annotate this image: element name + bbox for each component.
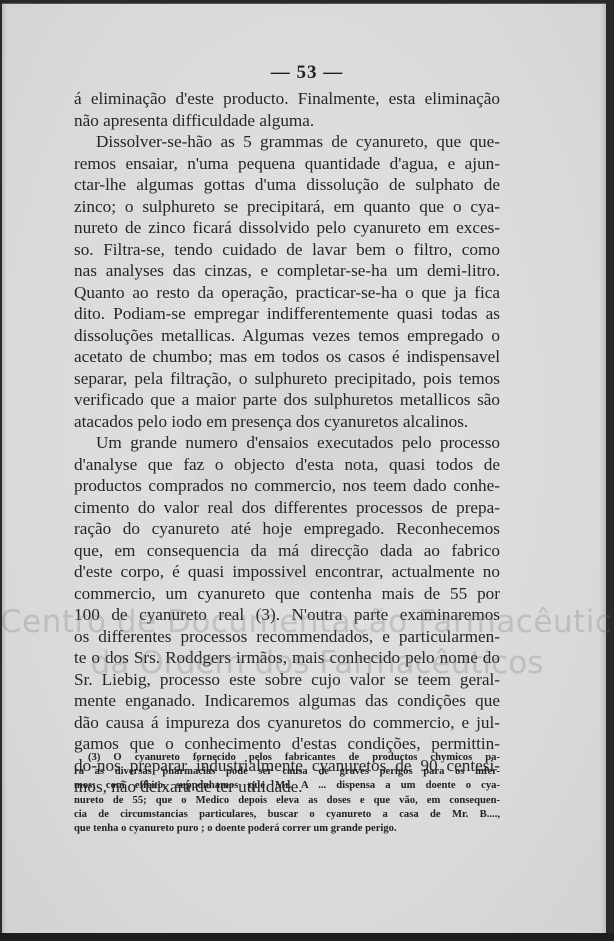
text-line: os differentes processos recommendados, … — [74, 626, 500, 648]
footnote-line: (3) O cyanureto fornecido pelos fabrican… — [74, 751, 500, 765]
text-line: commercio, um cyanureto que contenha mai… — [74, 583, 500, 605]
text-line: d'analyse que faz o objecto d'esta nota,… — [74, 454, 500, 476]
text-line: não apresenta difficuldade alguma. — [74, 110, 500, 132]
text-line: ração do cyanureto até hoje empregado. R… — [74, 518, 500, 540]
text-line: ctar-lhe algumas gottas d'uma dissolução… — [74, 174, 500, 196]
text-line: atacados pelo iodo em presença dos cyanu… — [74, 411, 500, 433]
text-line: Dissolver-se-hão as 5 grammas de cyanure… — [74, 131, 500, 153]
text-line: Sr. Liebig, processo este sobre cujo val… — [74, 669, 500, 691]
text-line: dissoluções metallicas. Algumas vezes te… — [74, 325, 500, 347]
footnote: (3) O cyanureto fornecido pelos fabrican… — [74, 751, 500, 836]
text-line: remos ensaiar, n'uma pequena quantidade … — [74, 153, 500, 175]
footnote-line: mos; com effeito, supponhamos que Mr. A … — [74, 779, 500, 793]
page-number: — 53 — — [0, 62, 614, 84]
text-line: te o dos Srs. Roddgers irmãos, mais conh… — [74, 647, 500, 669]
footnote-line: ra as diversas pharmacias pode ser causa… — [74, 765, 500, 779]
text-line: 100 de cyanureto real (3). N'outra parte… — [74, 604, 500, 626]
page-edge-right — [600, 4, 606, 935]
text-line: cimento do valor real dos differentes pr… — [74, 497, 500, 519]
text-line: d'este corpo, é quasi impossivel encontr… — [74, 561, 500, 583]
text-line: separar, pela filtração, o sulphureto pr… — [74, 368, 500, 390]
text-line: Um grande numero d'ensaios executados pe… — [74, 432, 500, 454]
text-line: dito. Podiam-se empregar indifferentemen… — [74, 303, 500, 325]
text-line: nas analyses das cinzas, e completar-se-… — [74, 260, 500, 282]
text-line: acetato de chumbo; mas em todos os casos… — [74, 346, 500, 368]
scan-border-bottom — [0, 933, 614, 941]
footnote-line: nureto de 55; que o Medico depois eleva … — [74, 794, 500, 808]
body-text: á eliminação d'este producto. Finalmente… — [74, 88, 500, 798]
text-line: que, em consequencia da má direcção dada… — [74, 540, 500, 562]
text-line: á eliminação d'este producto. Finalmente… — [74, 88, 500, 110]
page-edge-left — [2, 4, 6, 935]
text-line: dão causa á impureza dos cyanuretos do c… — [74, 712, 500, 734]
text-line: verificado que a maior parte dos sulphur… — [74, 389, 500, 411]
text-line: productos comprados no commercio, nos te… — [74, 475, 500, 497]
text-line: zinco; o sulphureto se precipitará, em q… — [74, 196, 500, 218]
footnote-line: que tenha o cyanureto puro ; o doente po… — [74, 822, 500, 836]
text-line: nureto de zinco ficará dissolvido pelo c… — [74, 217, 500, 239]
text-line: so. Filtra-se, tendo cuidado de lavar be… — [74, 239, 500, 261]
footnote-line: cia de circumstancias particulares, busc… — [74, 808, 500, 822]
text-line: Quanto ao resto da operação, practicar-s… — [74, 282, 500, 304]
text-line: mente enganado. Indicaremos algumas das … — [74, 690, 500, 712]
